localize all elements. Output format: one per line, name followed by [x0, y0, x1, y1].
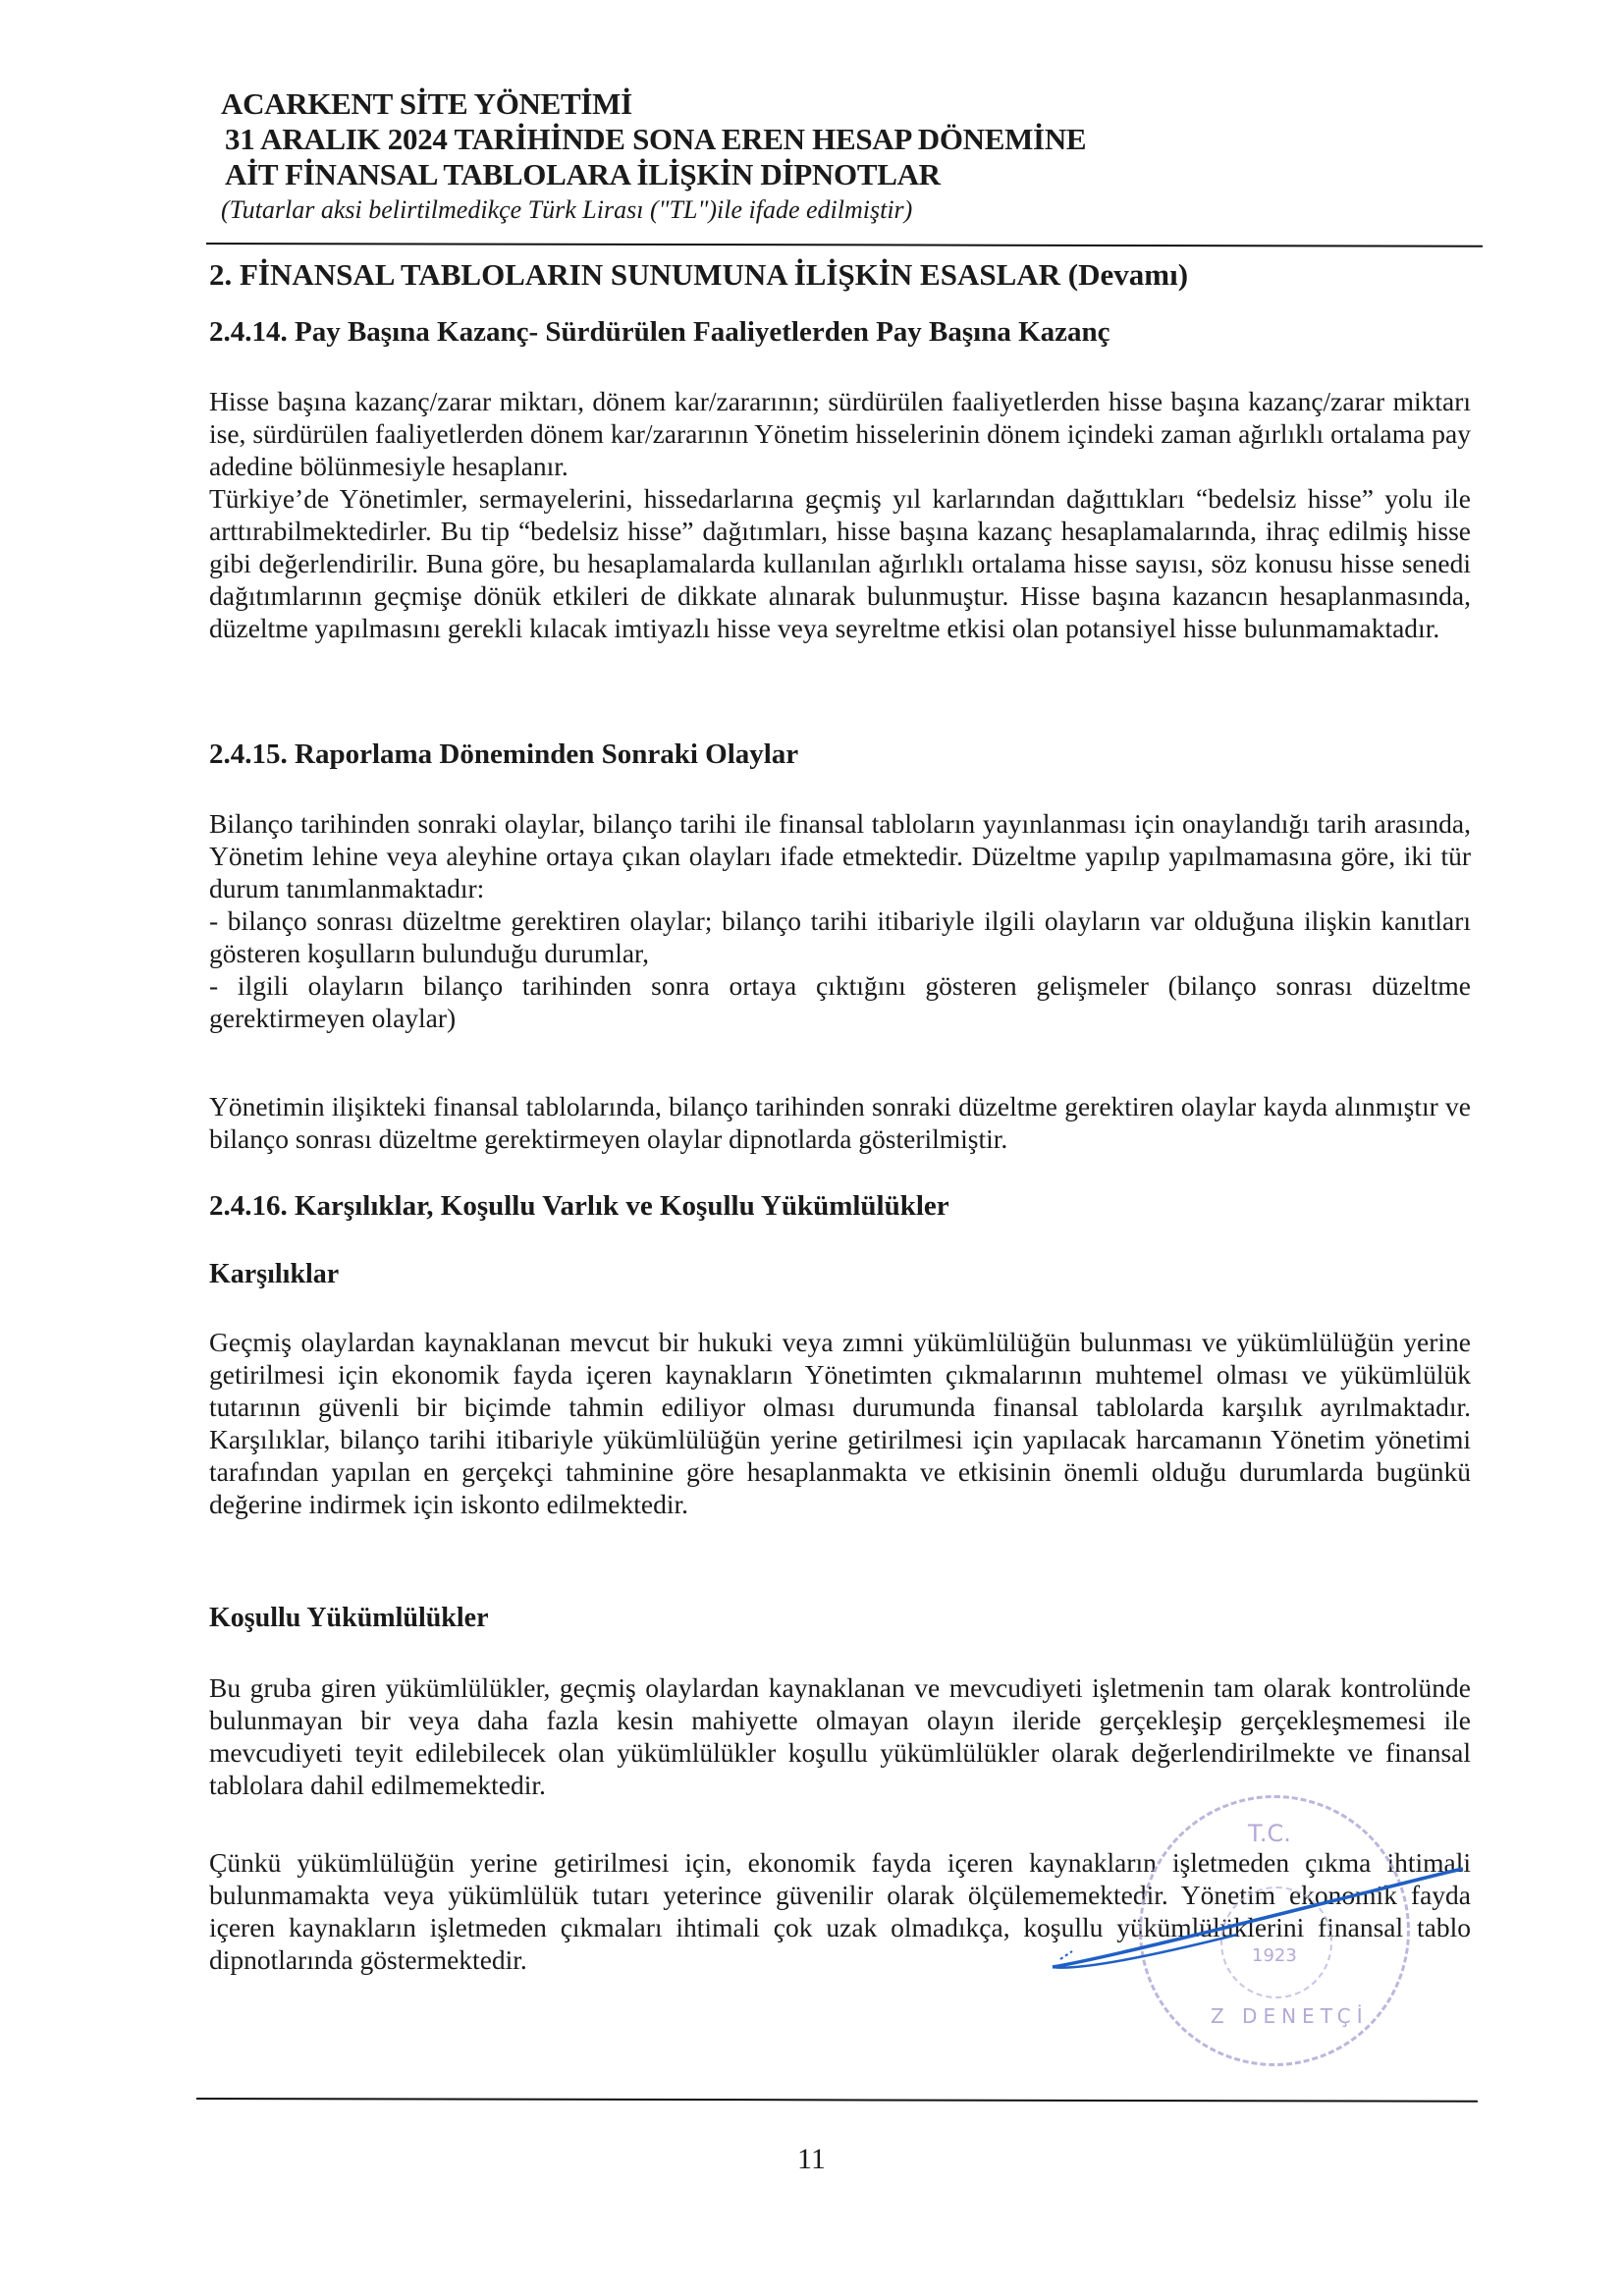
header-divider [206, 243, 1483, 247]
page-number: 11 [0, 2143, 1623, 2176]
bullet-item: - bilanço sonrası düzeltme gerektiren ol… [209, 904, 1471, 969]
paragraph-text: Bu gruba giren yükümlülükler, geçmiş ola… [209, 1671, 1471, 1801]
footer-divider [196, 2098, 1478, 2103]
paragraph-text: Yönetimin ilişikteki finansal tabloların… [209, 1090, 1471, 1155]
section-title: 2. FİNANSAL TABLOLARIN SUNUMUNA İLİŞKİN … [209, 257, 1188, 293]
document-page: ACARKENT SİTE YÖNETİMİ 31 ARALIK 2024 TA… [0, 0, 1623, 2296]
heading-2-4-14: 2.4.14. Pay Başına Kazanç- Sürdürülen Fa… [209, 316, 1110, 349]
currency-note: (Tutarlar aksi belirtilmedikçe Türk Lira… [221, 194, 1478, 226]
stamp-top-text: T.C. [1248, 1820, 1291, 1847]
heading-2-4-15: 2.4.15. Raporlama Döneminden Sonraki Ola… [209, 738, 798, 771]
report-subtitle: AİT FİNANSAL TABLOLARA İLİŞKİN DİPNOTLAR [221, 157, 1478, 192]
company-name: ACARKENT SİTE YÖNETİMİ [221, 86, 1478, 122]
paragraph-subsequent-events-2: Yönetimin ilişikteki finansal tabloların… [209, 1090, 1471, 1155]
paragraph-provisions: Geçmiş olaylardan kaynaklanan mevcut bir… [209, 1326, 1471, 1520]
paragraph-contingent-liabilities: Bu gruba giren yükümlülükler, geçmiş ola… [209, 1671, 1471, 1801]
report-period-title: 31 ARALIK 2024 TARİHİNDE SONA EREN HESAP… [221, 122, 1478, 157]
paragraph-text: Hisse başına kazanç/zarar miktarı, dönem… [209, 385, 1471, 482]
paragraph-text: Geçmiş olaylardan kaynaklanan mevcut bir… [209, 1326, 1471, 1520]
bullet-item: - ilgili olayların bilanço tarihinden so… [209, 969, 1471, 1034]
document-header: ACARKENT SİTE YÖNETİMİ 31 ARALIK 2024 TA… [221, 86, 1478, 226]
paragraph-subsequent-events: Bilanço tarihinden sonraki olaylar, bila… [209, 807, 1471, 1034]
heading-2-4-16: 2.4.16. Karşılıklar, Koşullu Varlık ve K… [209, 1190, 949, 1223]
paragraph-text: Türkiye’de Yönetimler, sermayelerini, hi… [209, 482, 1471, 644]
stamp-bottom-text: Z DENETÇİ [1211, 2004, 1369, 2028]
paragraph-text: Bilanço tarihinden sonraki olaylar, bila… [209, 807, 1471, 904]
subheading-contingent-liabilities: Koşullu Yükümlülükler [209, 1603, 489, 1634]
subheading-provisions: Karşılıklar [209, 1259, 339, 1290]
signature [1041, 1861, 1473, 1979]
paragraph-eps-definition: Hisse başına kazanç/zarar miktarı, dönem… [209, 385, 1471, 644]
